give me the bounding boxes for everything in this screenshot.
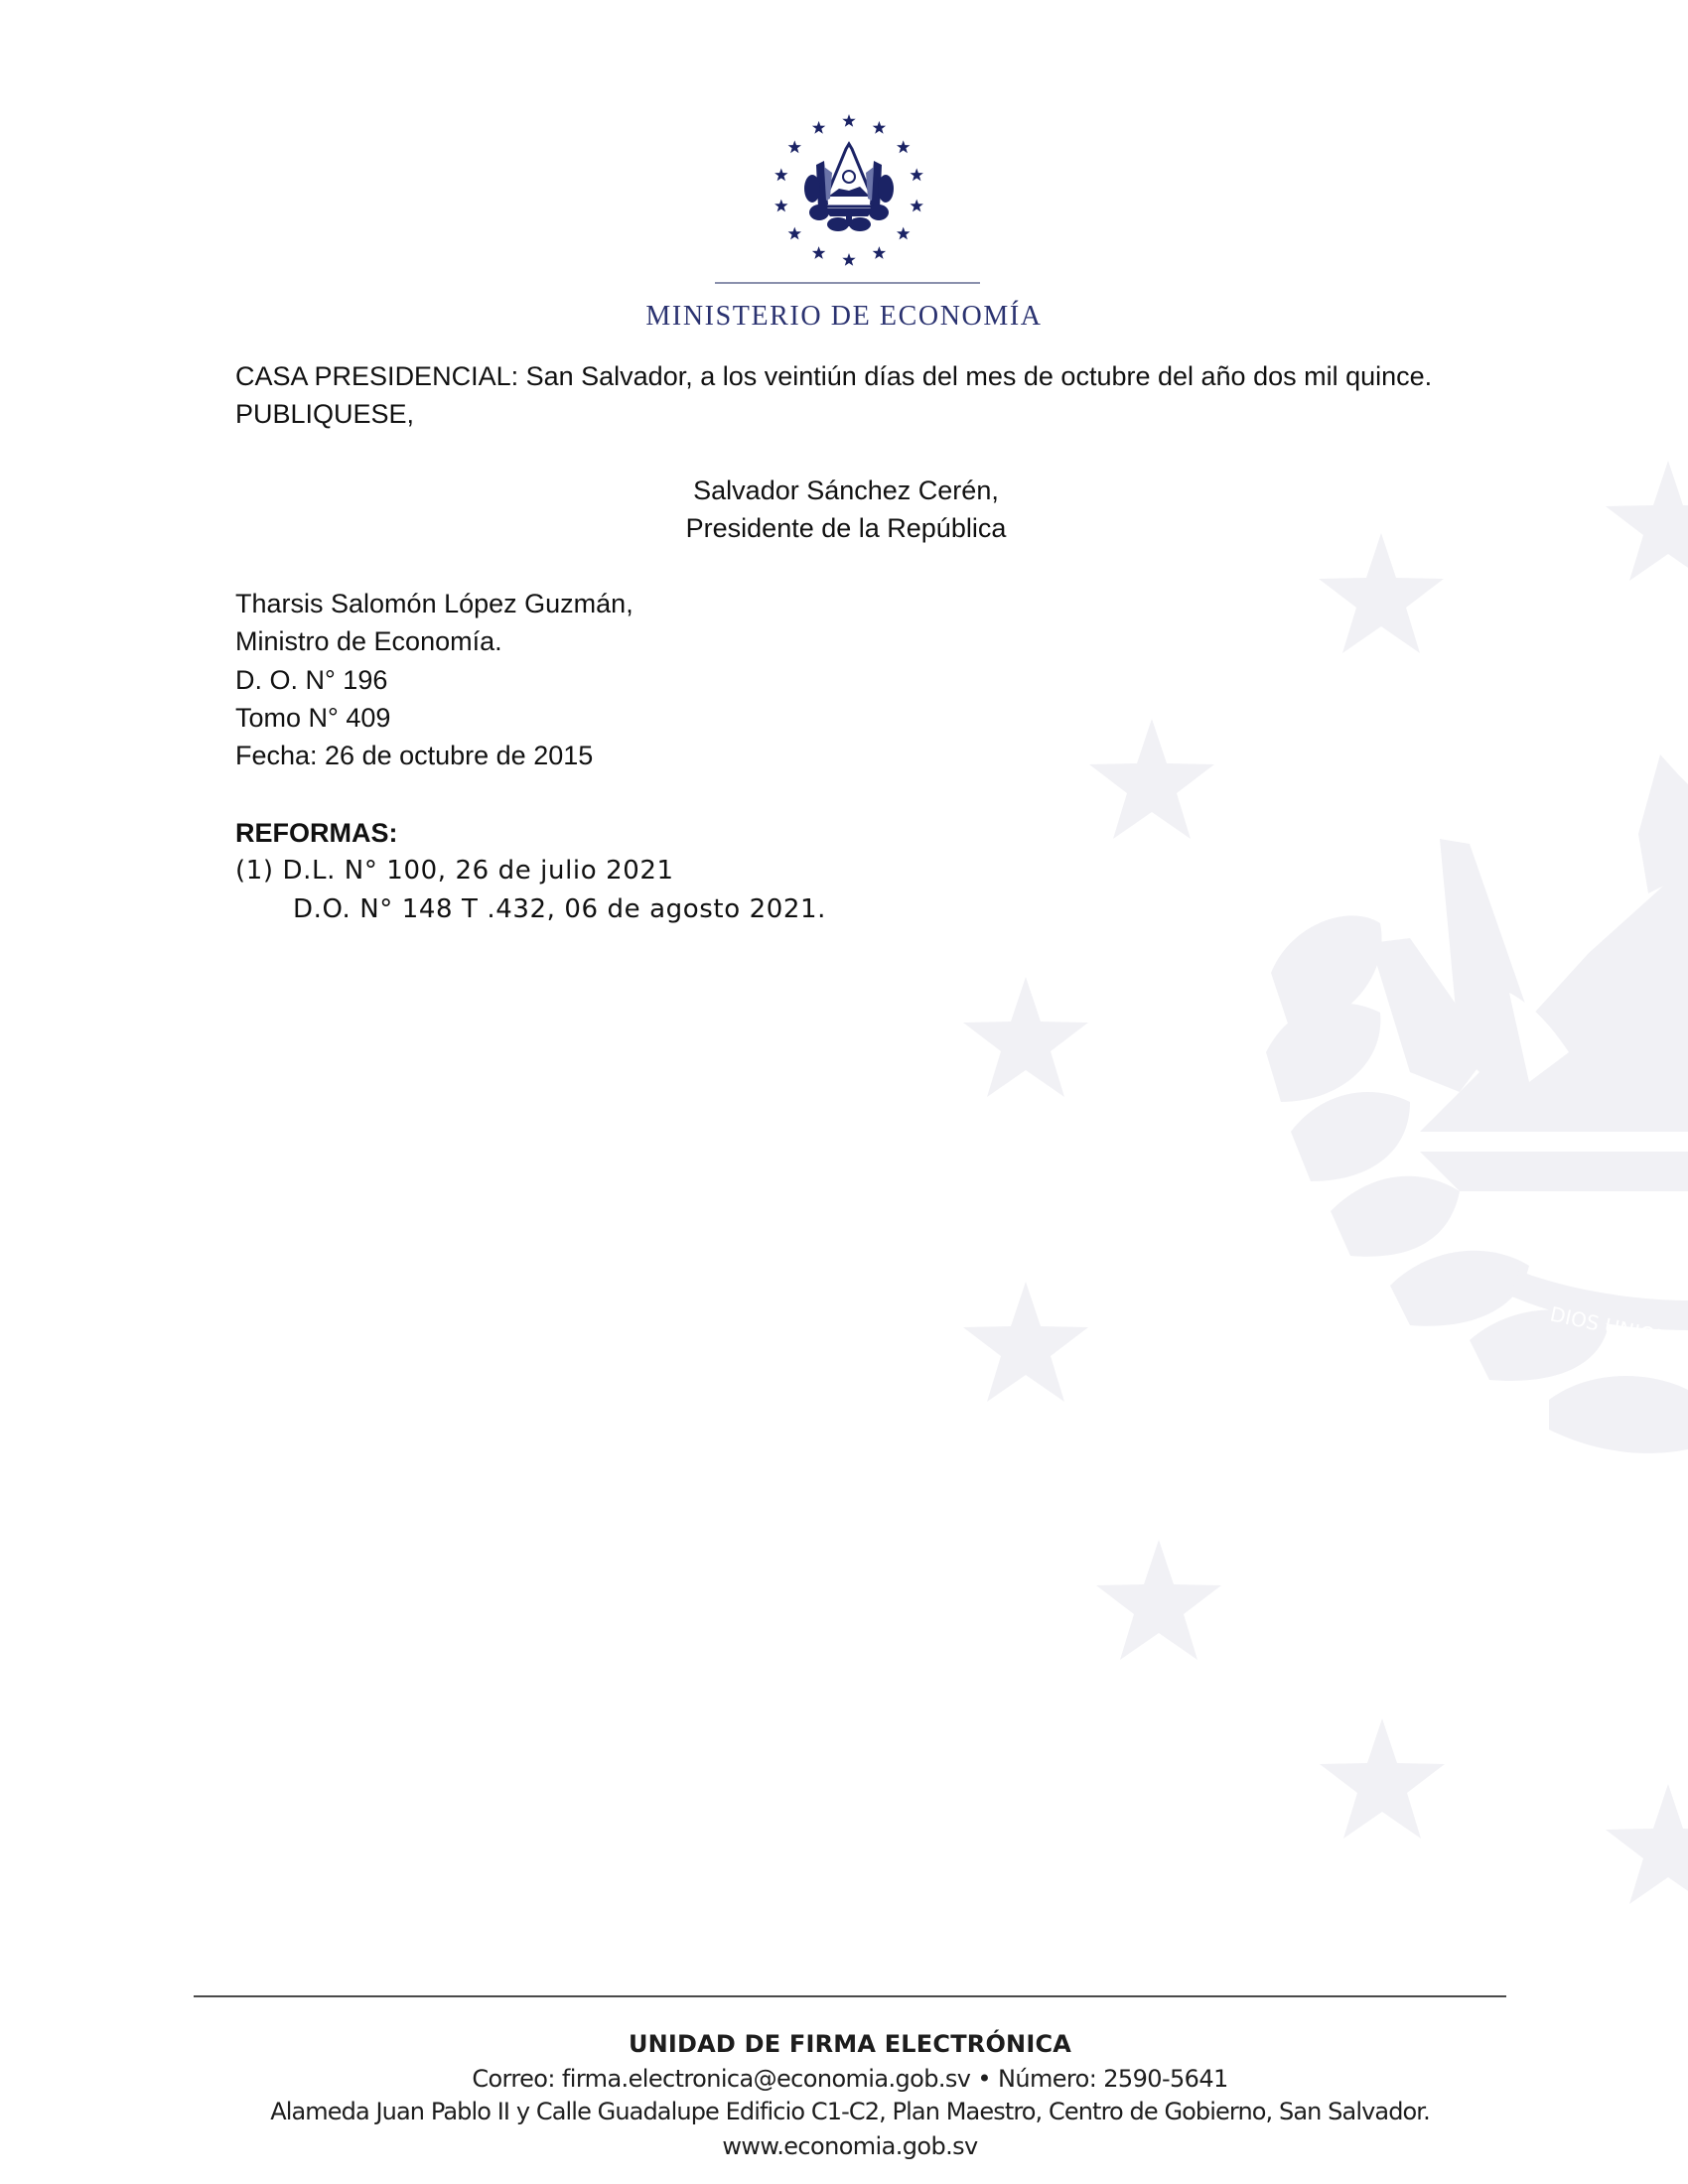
- watermark-star-icon: [1606, 1784, 1688, 1904]
- logo-star-icon: [873, 121, 886, 134]
- footer-contact: Correo: firma.electronica@economia.gob.s…: [0, 2065, 1688, 2093]
- watermark-star-icon: [1319, 533, 1444, 653]
- coat-of-arms-logo-icon: [765, 109, 933, 278]
- logo-star-icon: [897, 140, 910, 153]
- logo-star-icon: [774, 168, 787, 181]
- watermark-star-icon: [963, 1282, 1088, 1402]
- diario-oficial-number: D. O. N° 196: [235, 661, 387, 699]
- minister-title: Ministro de Economía.: [235, 622, 502, 660]
- logo-star-icon: [788, 227, 801, 240]
- logo-star-icon: [911, 200, 923, 212]
- ministry-name: MINISTERIO DE ECONOMÍA: [0, 301, 1688, 333]
- footer-website: www.economia.gob.sv: [0, 2132, 1688, 2160]
- tomo-number: Tomo N° 409: [235, 699, 390, 737]
- watermark-star-icon: [1089, 719, 1214, 839]
- logo-star-icon: [812, 121, 825, 134]
- reformas-heading: REFORMAS:: [235, 814, 398, 852]
- watermark-star-icon: [1320, 1718, 1445, 1839]
- svg-text:DIOS UNION LIBERTAD: DIOS UNION LIBERTAD: [1548, 1301, 1688, 1371]
- president-title: Presidente de la República: [0, 509, 1688, 547]
- reforma-item-line2: D.O. N° 148 T .432, 06 de agosto 2021.: [293, 890, 826, 928]
- footer-divider: [194, 1995, 1506, 1997]
- logo-star-icon: [788, 140, 801, 153]
- logo-star-icon: [842, 114, 855, 127]
- closing-line: CASA PRESIDENCIAL: San Salvador, a los v…: [235, 357, 1432, 395]
- logo-star-icon: [873, 246, 886, 259]
- publication-date: Fecha: 26 de octubre de 2015: [235, 737, 593, 774]
- watermark-star-icon: [963, 977, 1088, 1097]
- reforma-item-line1: (1) D.L. N° 100, 26 de julio 2021: [235, 852, 674, 889]
- footer-address: Alameda Juan Pablo II y Calle Guadalupe …: [0, 2098, 1688, 2125]
- minister-name: Tharsis Salomón López Guzmán,: [235, 585, 633, 622]
- president-name: Salvador Sánchez Cerén,: [0, 472, 1688, 509]
- footer-title: UNIDAD DE FIRMA ELECTRÓNICA: [0, 2030, 1688, 2058]
- logo-star-icon: [911, 168, 923, 181]
- publish-line: PUBLIQUESE,: [235, 395, 414, 433]
- header-divider: [715, 282, 980, 284]
- watermark-star-icon: [1096, 1540, 1221, 1660]
- logo-star-icon: [774, 200, 787, 212]
- logo-star-icon: [812, 246, 825, 259]
- logo-star-icon: [842, 253, 855, 266]
- logo-star-icon: [897, 227, 910, 240]
